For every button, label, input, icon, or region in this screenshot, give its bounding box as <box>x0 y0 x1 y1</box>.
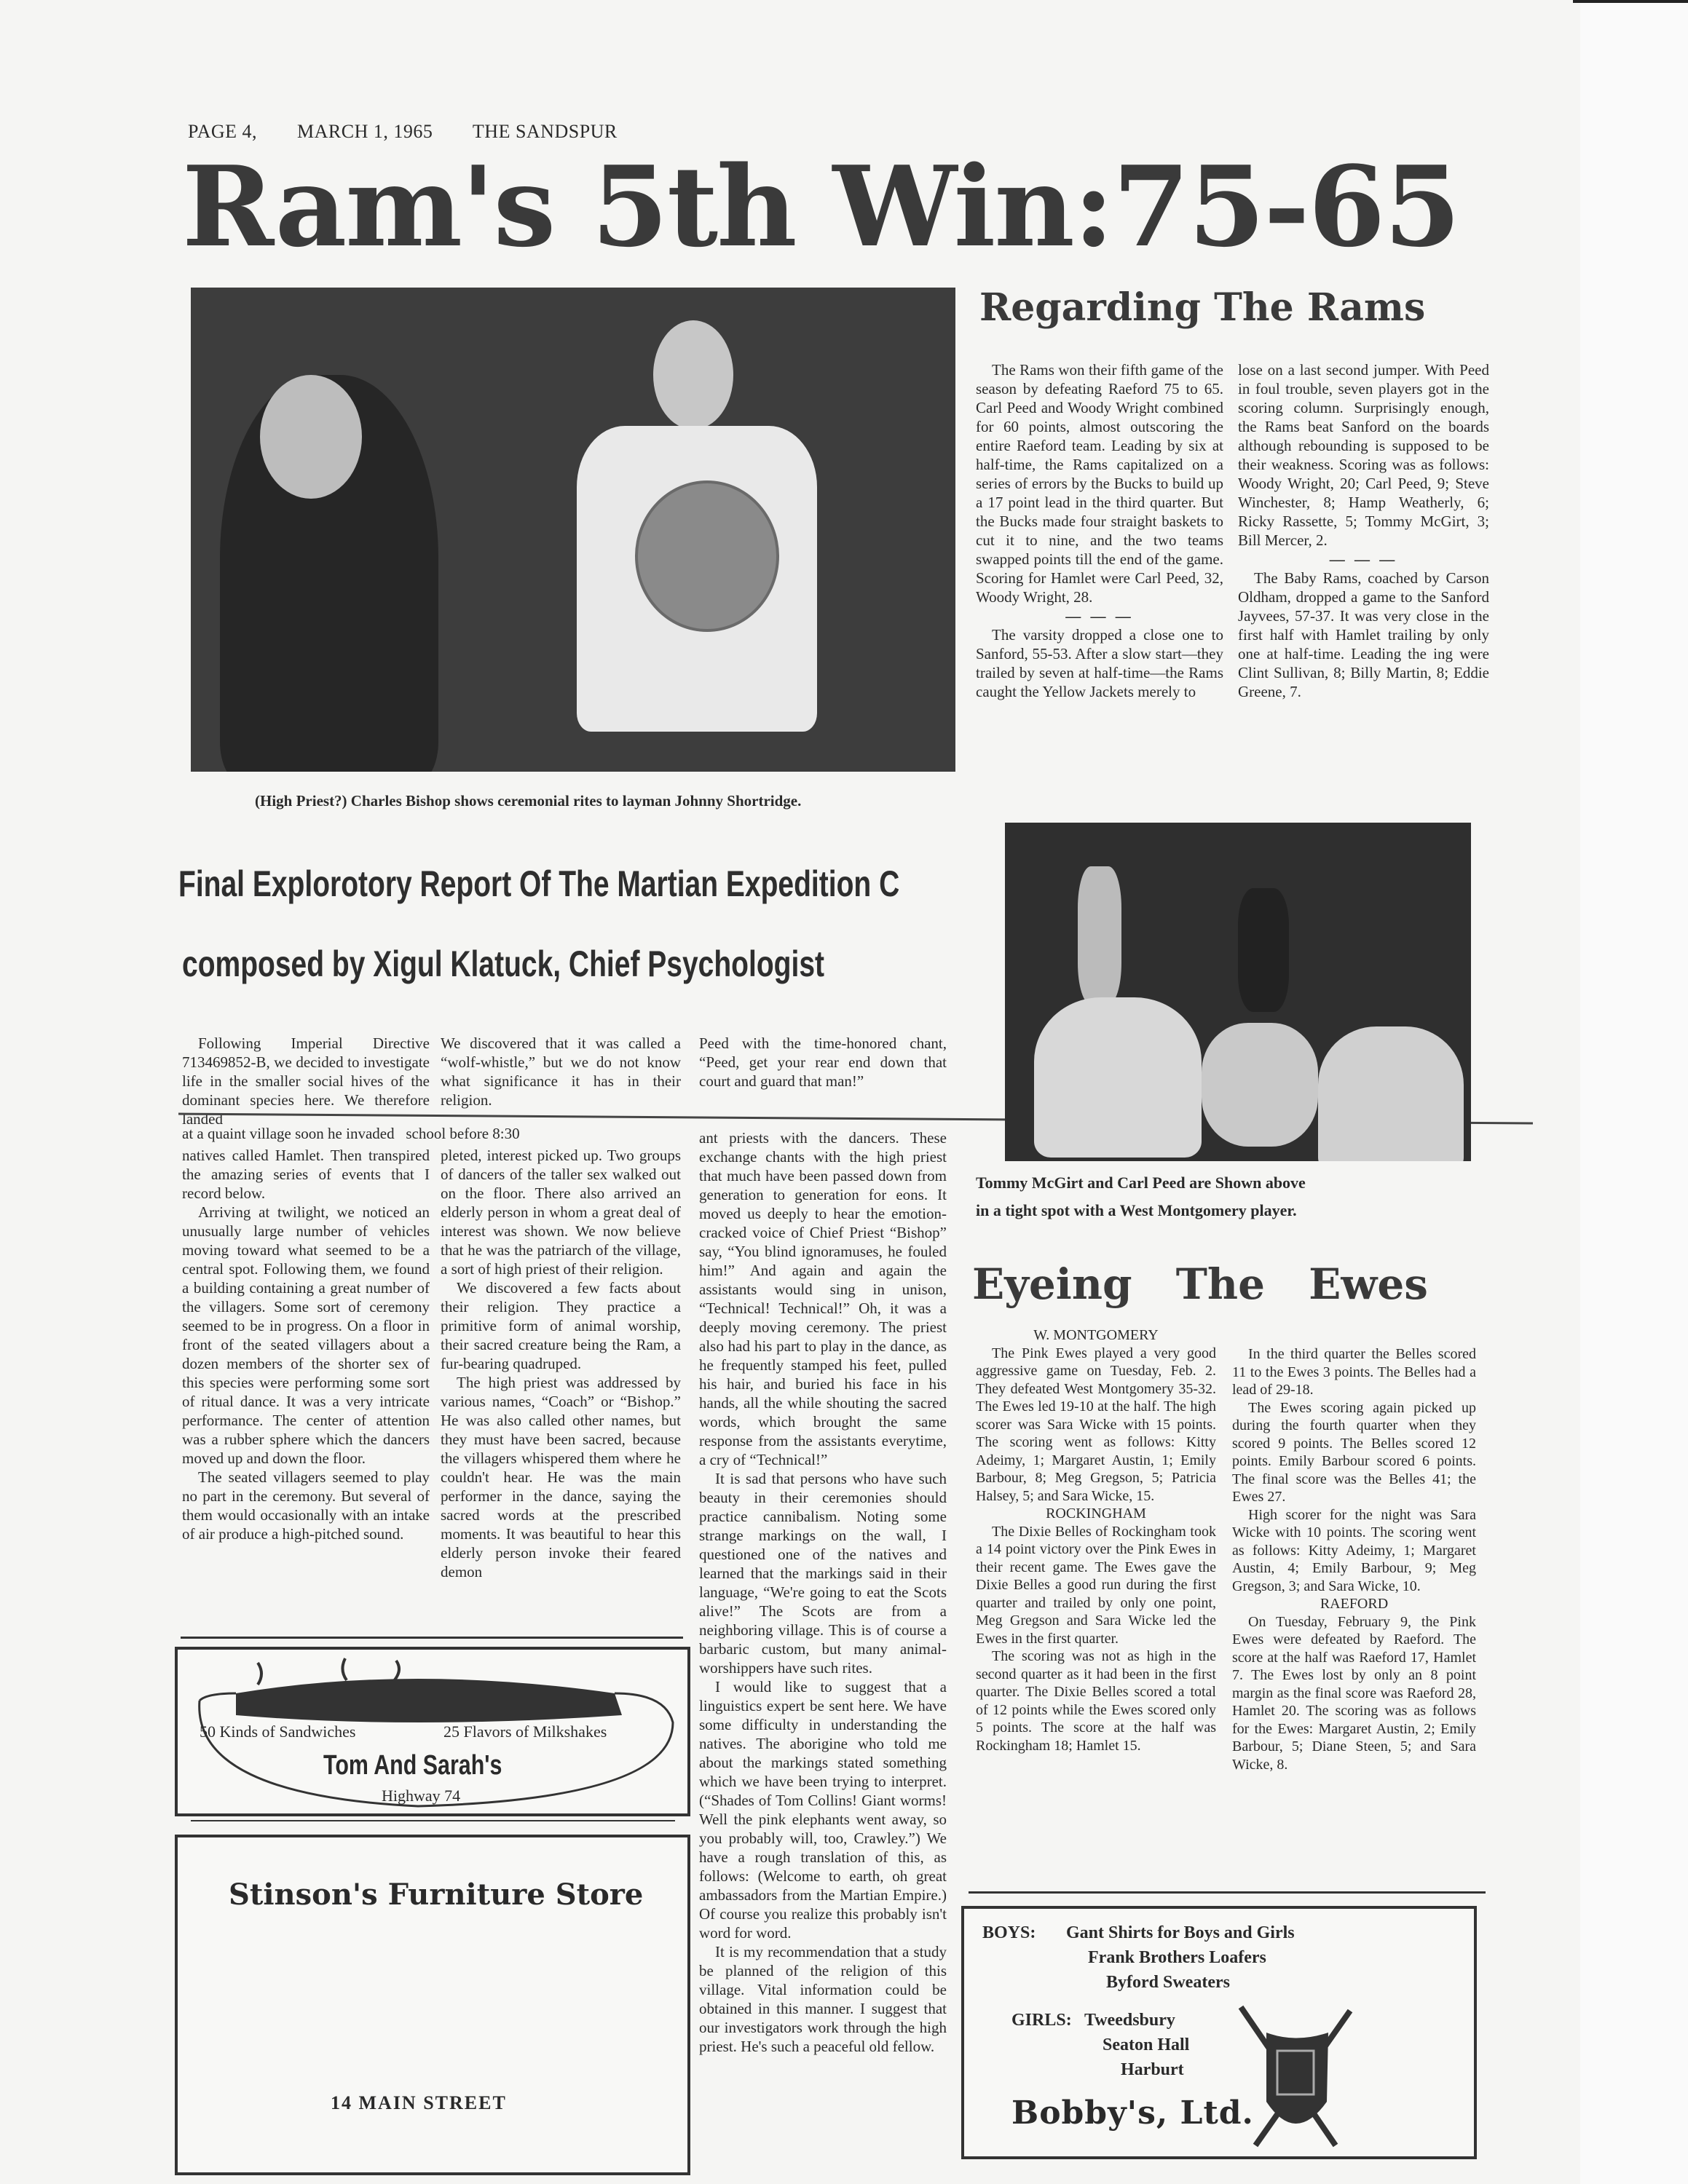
main-headline: Ram's 5th Win:75-65 <box>182 151 1459 262</box>
ewes-bottom-rule <box>969 1891 1486 1894</box>
ad-bobbys-ltd: BOYS: Gant Shirts for Boys and Girls Fra… <box>961 1906 1477 2159</box>
girls-item-1: Tweedsbury <box>1084 2011 1175 2030</box>
girls-item-3: Harburt <box>1121 2060 1184 2080</box>
basketball-icon <box>635 480 779 632</box>
martian-col-1: natives called Hamlet. Then transpired t… <box>182 1146 430 1543</box>
martian-col-2: pleted, interest picked up. Two groups o… <box>441 1146 681 1581</box>
martian-col-3: ant priests with the dancers. These exch… <box>699 1128 947 2056</box>
martian-col-3-top: Peed with the time-honored chant, “Peed,… <box>699 1034 947 1091</box>
boys-item-1: Gant Shirts for Boys and Girls <box>1066 1923 1295 1943</box>
ewes-col-1: W. MONTGOMERY The Pink Ewes played a ver… <box>976 1326 1216 1754</box>
bobbys-name: Bobby's, Ltd. <box>1011 2094 1254 2132</box>
ewes-col-2: In the third quarter the Belles scored 1… <box>1232 1345 1476 1773</box>
photo-bishop-shortridge <box>191 288 955 772</box>
player-center <box>1202 1023 1318 1147</box>
ad-stinsons-furniture: Stinson's Furniture Store 14 MAIN STREET <box>175 1835 690 2175</box>
newspaper-name: THE SANDSPUR <box>473 121 618 142</box>
ewes-article-title: Eyeing The Ewes <box>972 1259 1428 1309</box>
stinson-name: Stinson's Furniture Store <box>229 1878 643 1912</box>
tear-strip-text: at a quaint village soon he invaded scho… <box>182 1124 692 1143</box>
player-background-1 <box>1078 866 1121 1005</box>
rams-col-1: The Rams won their fifth game of the sea… <box>976 360 1223 701</box>
photo1-caption: (High Priest?) Charles Bishop shows cere… <box>255 792 874 810</box>
coach-face <box>260 375 362 499</box>
martian-article-title: Final Explorotory Report Of The Martian … <box>178 863 899 905</box>
martian-article-byline: composed by Xigul Klatuck, Chief Psychol… <box>182 943 824 985</box>
crest-shield-icon <box>1234 2000 1357 2153</box>
photo2-caption-line-2: in a tight spot with a West Montgomery p… <box>976 1201 1297 1220</box>
tom-sarah-address: Highway 74 <box>382 1787 460 1805</box>
tom-sarah-name: Tom And Sarah's <box>323 1750 502 1781</box>
page-margin <box>1580 0 1688 2184</box>
photo2-caption-line-1: Tommy McGirt and Carl Peed are Shown abo… <box>976 1174 1306 1192</box>
rams-article-title: Regarding The Rams <box>979 285 1425 330</box>
page-number: PAGE 4, <box>188 121 257 142</box>
folio-line: PAGE 4, MARCH 1, 1965 THE SANDSPUR <box>188 121 652 143</box>
corner-rule <box>1573 0 1688 3</box>
girls-item-2: Seaton Hall <box>1103 2035 1189 2055</box>
milkshakes-line: 25 Flavors of Milkshakes <box>443 1722 607 1741</box>
martian-col-2-top: We discovered that it was called a “wolf… <box>441 1034 681 1109</box>
issue-date: MARCH 1, 1965 <box>297 121 433 142</box>
boys-item-3: Byford Sweaters <box>1106 1973 1230 1993</box>
ad-tom-and-sarahs: 50 Kinds of Sandwiches 25 Flavors of Mil… <box>175 1647 690 1816</box>
rams-col-2: lose on a last second jumper. With Peed … <box>1238 360 1489 701</box>
player-background-2 <box>1238 888 1289 1012</box>
boys-label: BOYS: <box>982 1923 1036 1943</box>
boys-item-2: Frank Brothers Loafers <box>1088 1948 1266 1968</box>
player-face <box>653 320 733 430</box>
stinson-address: 14 MAIN STREET <box>331 2092 507 2114</box>
player-left <box>1034 997 1202 1158</box>
ad-divider <box>191 1820 675 1821</box>
player-right <box>1318 1026 1464 1161</box>
girls-label: GIRLS: <box>1011 2011 1072 2030</box>
column-rule <box>181 1637 683 1639</box>
sandwiches-line: 50 Kinds of Sandwiches <box>200 1722 355 1741</box>
photo-basketball-game <box>1005 823 1471 1161</box>
